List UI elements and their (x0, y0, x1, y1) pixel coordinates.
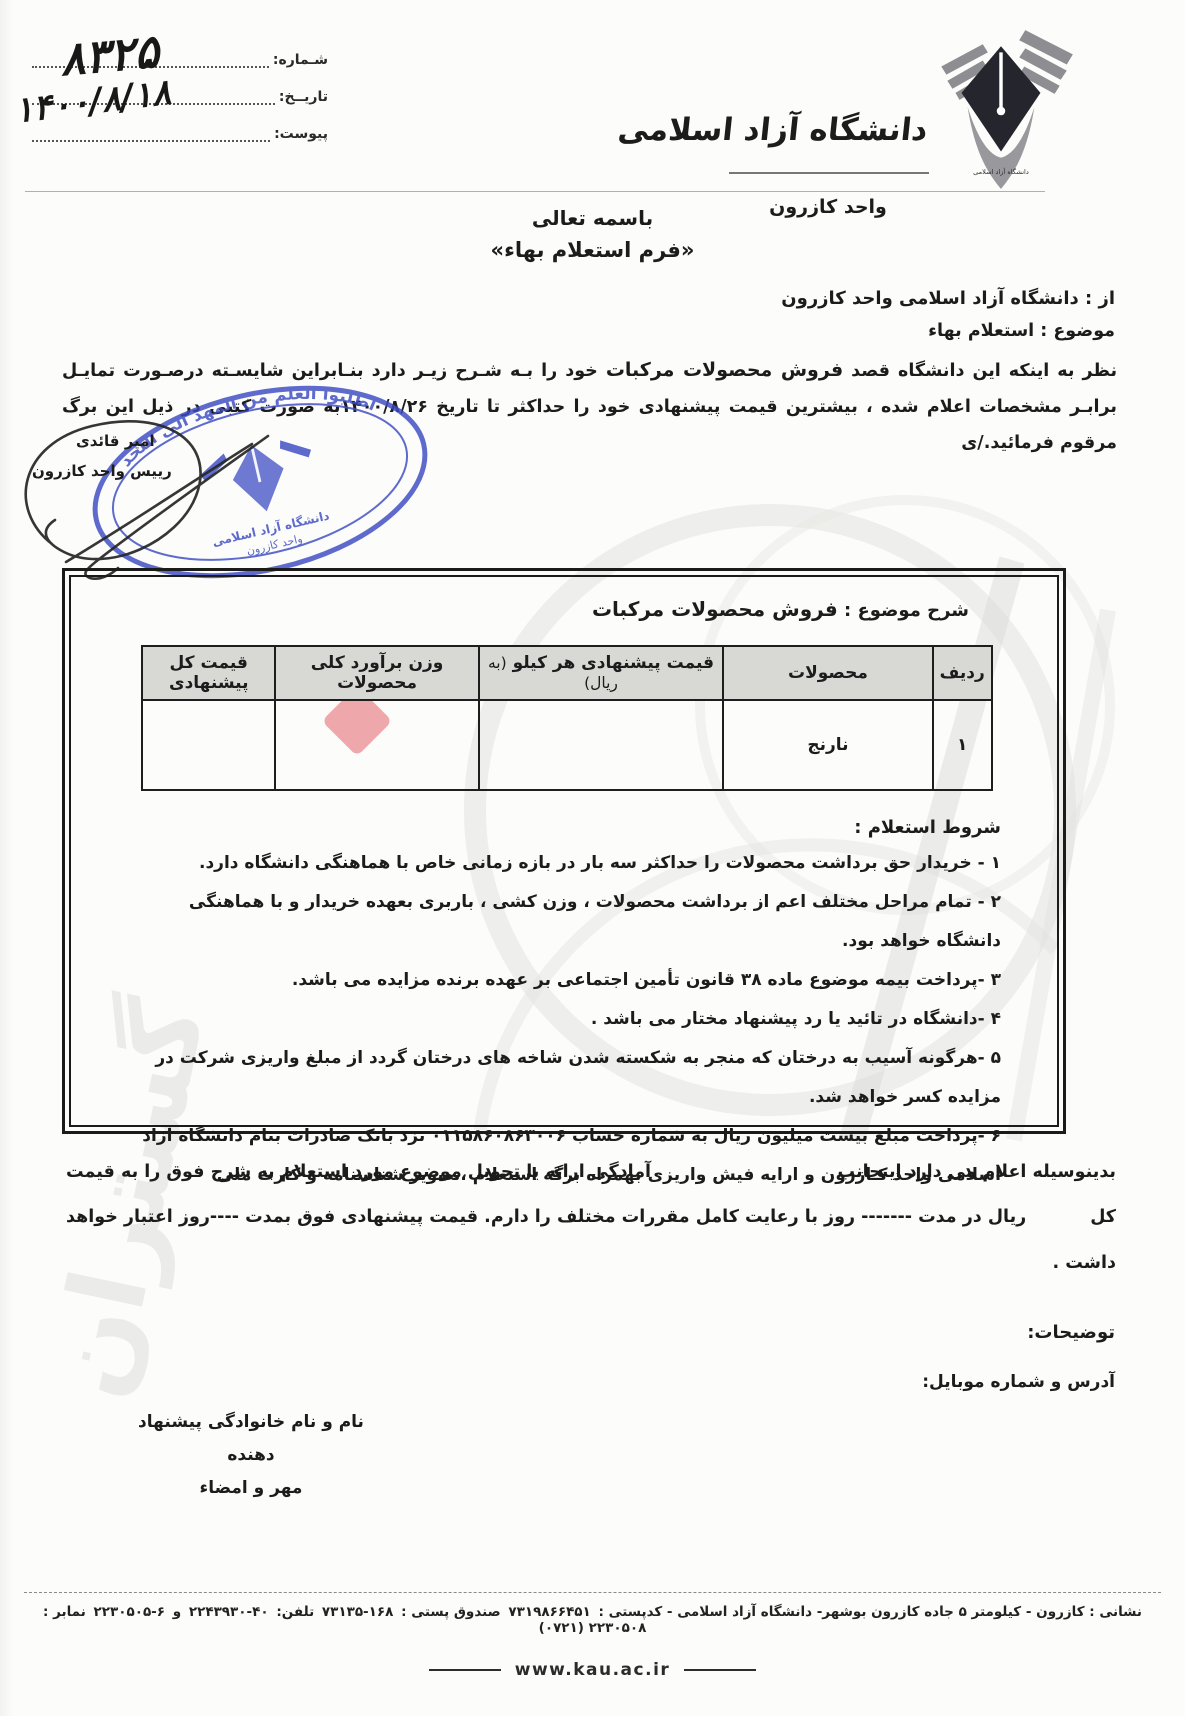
footer-phone-number-2: ۲۲۳۰۵۰۵-۶ (94, 1604, 166, 1620)
declaration-line1-left: آمادگی ارائه یا تحویل موضوع مورد استعلام… (66, 1162, 651, 1182)
university-name-underline (729, 172, 929, 174)
box-subject-value: فروش محصولات مرکبات (592, 597, 838, 621)
col-header-product: محصولات (723, 646, 932, 700)
declaration-line1-right: بدینوسیله اعلام می دارد اینجانب (838, 1162, 1116, 1182)
proposer-signature-block: نام و نام خانوادگی پیشنهاد دهنده مهر و ا… (116, 1406, 386, 1505)
handwritten-signature (0, 392, 330, 587)
letter-from-line: از : دانشگاه آزاد اسلامی واحد کازرون (781, 288, 1115, 309)
seal-signature-label: مهر و امضاء (116, 1472, 386, 1505)
footer-phone-number: ۲۲۴۳۹۳۰-۴۰ (189, 1604, 269, 1620)
cell-index: ۱ (933, 700, 993, 790)
terms-list: ۱ - خریدار حق برداشت محصولات را حداکثر س… (129, 844, 1001, 1195)
footer-and: و (173, 1604, 181, 1620)
declaration-line-3: داشت . (66, 1253, 1116, 1273)
scanned-inquiry-form-page: هزاره گستران شـماره: تاریــخ: پیوست: ۸۳۲… (0, 0, 1185, 1716)
footer-phone-label: تلفن: (276, 1604, 314, 1620)
website-url: www.kau.ac.ir (515, 1660, 671, 1680)
declaration-line-1: بدینوسیله اعلام می دارد اینجانب آمادگی ا… (66, 1162, 1116, 1182)
terms-title: شروط استعلام : (71, 817, 1001, 838)
cell-weight-empty (275, 700, 478, 790)
proposer-name-label: نام و نام خانوادگی پیشنهاد دهنده (116, 1406, 386, 1472)
meta-attachment-line: پیوست: (26, 126, 328, 142)
box-subject-label: شرح موضوع : (844, 600, 969, 621)
footer-pobox-number: ۷۳۱۳۵-۱۶۸ (322, 1604, 394, 1620)
date-label: تاریــخ: (279, 89, 328, 105)
table-row: ۱ نارنج (142, 700, 992, 790)
attachment-label: پیوست: (274, 126, 328, 142)
body-text-bold-phrase: فروش محصولات مرکبات (606, 359, 843, 381)
term-item-1: ۱ - خریدار حق برداشت محصولات را حداکثر س… (129, 844, 1001, 883)
footer-fax-number: (۰۷۲۱) ۲۲۳۰۵۰۸ (539, 1620, 647, 1636)
titles-block: باسمه تعالی «فرم استعلام بهاء» (0, 206, 1185, 262)
azad-university-emblem-icon: دانشگاه آزاد اسلامی (925, 20, 1077, 192)
cell-total-price-empty (142, 700, 275, 790)
header-rule (25, 191, 1045, 192)
university-name-calligraphy: دانشگاه آزاد اسلامی (616, 112, 929, 148)
number-label: شـماره: (273, 52, 328, 68)
col-header-unit-price-text: قیمت پیشنهادی هر کیلو (513, 653, 714, 673)
footer-postal-code: ۷۳۱۹۸۶۶۴۵۱ (508, 1604, 590, 1620)
footer-address-text: نشانی : کازرون - کیلومتر ۵ جاده کازرون ب… (599, 1604, 1142, 1620)
attachment-dotted-line (32, 127, 270, 142)
website-left-rule (684, 1669, 756, 1671)
footer-separator (24, 1592, 1161, 1593)
website-right-rule (429, 1669, 501, 1671)
notes-label: توضیحات: (1027, 1322, 1115, 1343)
products-table: ردیف محصولات قیمت پیشنهادی هر کیلو (به ر… (141, 645, 993, 791)
bismillah-title: باسمه تعالی (0, 206, 1185, 230)
term-item-5: ۵ -هرگونه آسیب به درختان که منجر به شکست… (129, 1039, 1001, 1117)
declaration-line2-left: ریال در مدت ------- روز با رعایت کامل مق… (66, 1207, 1026, 1227)
term-item-4: ۴ -دانشگاه در تائید یا رد پیشنهاد مختار … (129, 1000, 1001, 1039)
body-text-pre: نظر به اینکه این دانشگاه قصد (843, 361, 1117, 381)
declaration-line-2: کل ریال در مدت ------- روز با رعایت کامل… (66, 1207, 1116, 1227)
col-header-unit-price: قیمت پیشنهادی هر کیلو (به ریال) (479, 646, 724, 700)
cell-product: نارنج (723, 700, 932, 790)
letter-subject-line: موضوع : استعلام بهاء (928, 321, 1115, 341)
term-item-3: ۳ -پرداخت بیمه موضوع ماده ۳۸ قانون تأمین… (129, 961, 1001, 1000)
declaration-block: بدینوسیله اعلام می دارد اینجانب آمادگی ا… (66, 1162, 1116, 1273)
footer-fax-label: نمابر : (43, 1604, 86, 1620)
emblem-caption: دانشگاه آزاد اسلامی (973, 167, 1029, 176)
address-mobile-label: آدرس و شماره موبایل: (922, 1372, 1115, 1392)
table-header-row: ردیف محصولات قیمت پیشنهادی هر کیلو (به ر… (142, 646, 992, 700)
footer-pobox-label: صندوق پستی : (401, 1604, 501, 1620)
inquiry-box: شرح موضوع : فروش محصولات مرکبات ردیف محص… (62, 568, 1066, 1134)
col-header-weight: وزن برآورد کلی محصولات (275, 646, 478, 700)
box-subject-row: شرح موضوع : فروش محصولات مرکبات (71, 597, 969, 621)
cell-unit-price-empty (479, 700, 724, 790)
footer-website-row: www.kau.ac.ir (0, 1660, 1185, 1680)
col-header-index: ردیف (933, 646, 993, 700)
declaration-line2-right: کل (1090, 1207, 1116, 1227)
footer-address-line: نشانی : کازرون - کیلومتر ۵ جاده کازرون ب… (0, 1604, 1185, 1636)
inquiry-box-inner-border: شرح موضوع : فروش محصولات مرکبات ردیف محص… (69, 575, 1059, 1127)
term-item-2: ۲ - تمام مراحل مختلف اعم از برداشت محصول… (129, 883, 1001, 961)
form-title: «فرم استعلام بهاء» (0, 238, 1185, 262)
col-header-total-price: قیمت کل پیشنهادی (142, 646, 275, 700)
